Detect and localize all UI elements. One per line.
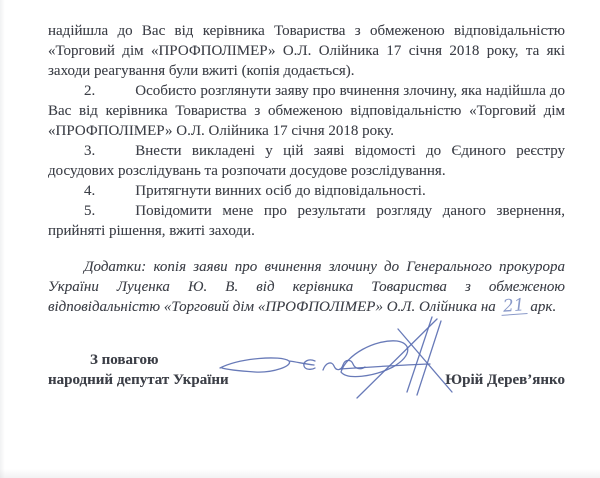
list-item-5-line-1: 5.Повідомити мене про результати розгляд… bbox=[48, 201, 565, 221]
scan-edge-shadow-left bbox=[0, 0, 5, 478]
list-item-2-line-3: «ПРОФПОЛІМЕР» О.Л. Олійника 17 січня 201… bbox=[48, 121, 565, 141]
item-5-text: Повідомити мене про результати розгляду … bbox=[135, 203, 565, 219]
item-3-text: Внести викладені у цій заяві відомості д… bbox=[135, 143, 565, 159]
attachments-line-3-suffix: арк. bbox=[530, 299, 556, 315]
item-2-number: 2. bbox=[84, 83, 95, 99]
item-3-number: 3. bbox=[84, 143, 95, 159]
letter-body: надійшла до Вас від керівника Товариства… bbox=[48, 21, 565, 390]
list-item-2-line-2: Вас від керівника Товариства з обмеженою… bbox=[48, 101, 565, 121]
item-4-text: Притягнути винних осіб до відповідальнос… bbox=[135, 183, 425, 199]
attachments-line-3-text: відповідальністю «Торговий дім «ПРОФПОЛІ… bbox=[48, 299, 496, 315]
list-item-4-line-1: 4.Притягнути винних осіб до відповідальн… bbox=[48, 181, 565, 201]
scanned-letter-page: надійшла до Вас від керівника Товариства… bbox=[0, 0, 600, 478]
list-item-3-line-1: 3.Внести викладені у цій заяві відомості… bbox=[48, 141, 565, 161]
scan-edge-shadow-bottom bbox=[0, 469, 600, 478]
attachments-line-3: відповідальністю «Торговий дім «ПРОФПОЛІ… bbox=[48, 297, 565, 317]
paragraph-attachments: Додатки: копія заяви про вчинення злочин… bbox=[48, 257, 565, 317]
item-2-text: Особисто розглянути заяву про вчинення з… bbox=[135, 83, 565, 99]
list-item-5-line-2: прийняті рішення, вжиті заходи. bbox=[48, 221, 565, 241]
paragraph-opening-line-3: заходи реагування були вжиті (копія дода… bbox=[48, 61, 565, 81]
handwritten-sheet-count: 21 bbox=[500, 297, 527, 316]
paragraph-opening-line-1: надійшла до Вас від керівника Товариства… bbox=[48, 21, 565, 41]
signer-name: Юрій Дерев’янко bbox=[445, 370, 565, 390]
item-5-number: 5. bbox=[84, 203, 95, 219]
paragraph-opening-line-2: «Торговий дім «ПРОФПОЛІМЕР» О.Л. Олійник… bbox=[48, 41, 565, 61]
closing-salutation: З повагою bbox=[90, 350, 565, 370]
list-item-2-line-1: 2.Особисто розглянути заяву про вчинення… bbox=[48, 81, 565, 101]
attachments-line-2: України Луценка Ю. В. від керівника Това… bbox=[48, 277, 565, 297]
attachments-line-1: Додатки: копія заяви про вчинення злочин… bbox=[48, 257, 565, 277]
list-item-3-line-2: досудових розслідувань та розпочати досу… bbox=[48, 161, 565, 181]
signer-title: народний депутат України bbox=[48, 370, 229, 390]
signature-row: народний депутат України Юрій Дерев’янко bbox=[48, 370, 565, 390]
item-4-number: 4. bbox=[84, 183, 95, 199]
signature-block: З повагою народний депутат України Юрій … bbox=[48, 350, 565, 390]
